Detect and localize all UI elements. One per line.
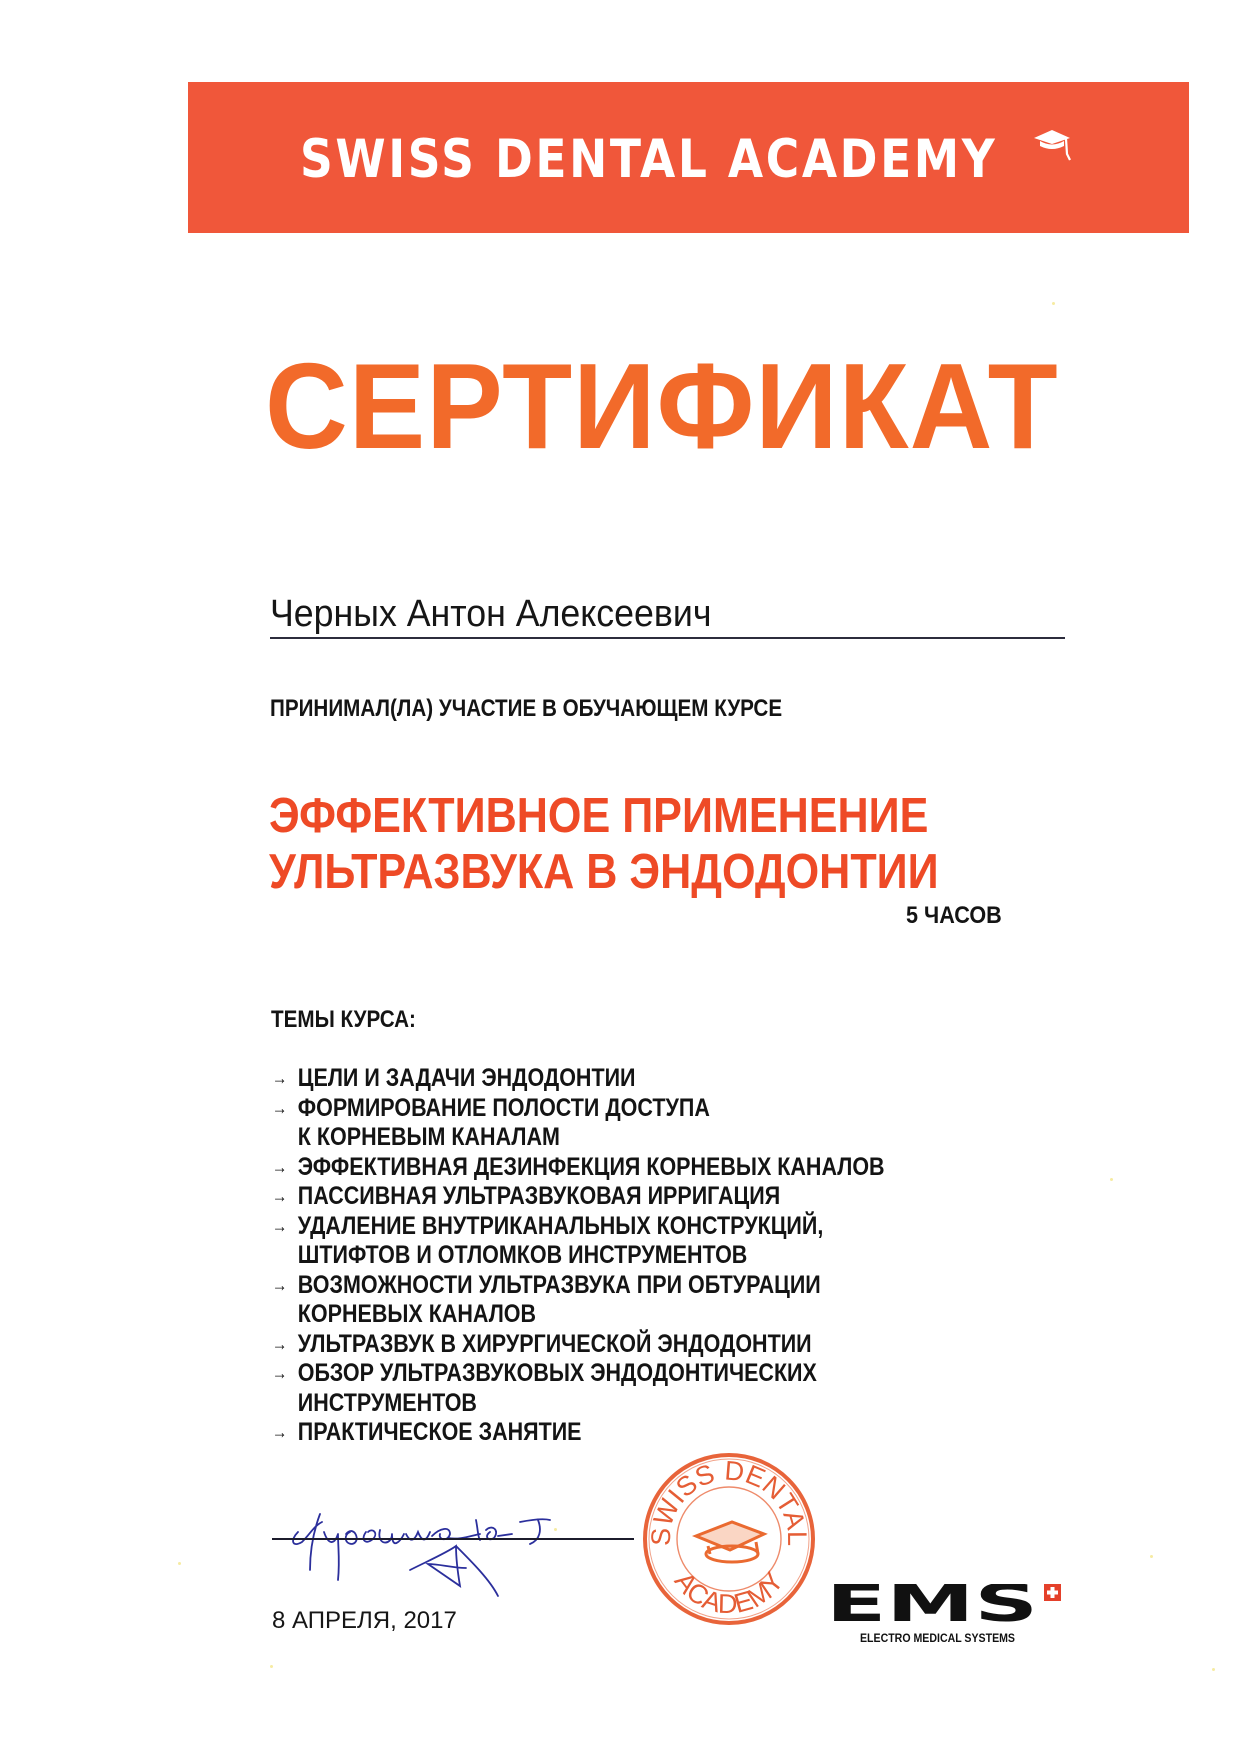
issue-date: 8 АПРЕЛЯ, 2017	[272, 1606, 457, 1636]
arrow-right-icon: →	[272, 1064, 298, 1094]
topic-item: →УДАЛЕНИЕ ВНУТРИКАНАЛЬНЫХ КОНСТРУКЦИЙ,	[272, 1212, 885, 1242]
ems-logo: EMS	[826, 1584, 1066, 1624]
scan-speck	[1110, 1178, 1113, 1181]
arrow-right-icon: →	[272, 1271, 298, 1301]
arrow-right-icon: →	[272, 1094, 298, 1124]
academy-name: SWISS DENTAL ACADEMY	[300, 128, 997, 192]
course-title: ЭФФЕКТИВНОЕ ПРИМЕНЕНИЕ УЛЬТРАЗВУКА В ЭНД…	[269, 788, 939, 900]
scan-speck	[1150, 1555, 1153, 1558]
topic-text: УДАЛЕНИЕ ВНУТРИКАНАЛЬНЫХ КОНСТРУКЦИЙ,	[298, 1212, 824, 1240]
arrow-right-icon: →	[272, 1418, 298, 1448]
topic-text: КОРНЕВЫХ КАНАЛОВ	[298, 1300, 536, 1328]
topic-text: ЭФФЕКТИВНАЯ ДЕЗИНФЕКЦИЯ КОРНЕВЫХ КАНАЛОВ	[298, 1153, 885, 1181]
academy-stamp: SWISS DENTAL ACADEMY	[640, 1450, 818, 1628]
topic-item: →ОБЗОР УЛЬТРАЗВУКОВЫХ ЭНДОДОНТИЧЕСКИХ	[272, 1359, 885, 1389]
ems-logo-text: EMS	[826, 1584, 1038, 1624]
topic-item-continuation: ШТИФТОВ И ОТЛОМКОВ ИНСТРУМЕНТОВ	[272, 1241, 885, 1271]
topic-text: ШТИФТОВ И ОТЛОМКОВ ИНСТРУМЕНТОВ	[298, 1241, 748, 1269]
course-title-line-1: ЭФФЕКТИВНОЕ ПРИМЕНЕНИЕ	[269, 788, 939, 844]
topic-text: УЛЬТРАЗВУК В ХИРУРГИЧЕСКОЙ ЭНДОДОНТИИ	[298, 1330, 812, 1358]
topic-item: →ПАССИВНАЯ УЛЬТРАЗВУКОВАЯ ИРРИГАЦИЯ	[272, 1182, 885, 1212]
ems-tagline: ELECTRO MEDICAL SYSTEMS	[860, 1632, 1015, 1646]
topic-item: →ЦЕЛИ И ЗАДАЧИ ЭНДОДОНТИИ	[272, 1064, 885, 1094]
arrow-right-icon: →	[272, 1359, 298, 1389]
topic-item: →ЭФФЕКТИВНАЯ ДЕЗИНФЕКЦИЯ КОРНЕВЫХ КАНАЛО…	[272, 1153, 885, 1183]
topic-text: ОБЗОР УЛЬТРАЗВУКОВЫХ ЭНДОДОНТИЧЕСКИХ	[298, 1359, 817, 1387]
topic-item-continuation: К КОРНЕВЫМ КАНАЛАМ	[272, 1123, 885, 1153]
arrow-right-icon: →	[272, 1330, 298, 1360]
scan-speck	[1212, 1668, 1215, 1671]
topic-item-continuation: ИНСТРУМЕНТОВ	[272, 1389, 885, 1419]
topic-text: ФОРМИРОВАНИЕ ПОЛОСТИ ДОСТУПА	[298, 1094, 710, 1122]
topic-item: →ПРАКТИЧЕСКОЕ ЗАНЯТИЕ	[272, 1418, 885, 1448]
course-hours: 5 ЧАСОВ	[906, 901, 1002, 931]
topic-item: →ФОРМИРОВАНИЕ ПОЛОСТИ ДОСТУПА	[272, 1094, 885, 1124]
topic-item: →ВОЗМОЖНОСТИ УЛЬТРАЗВУКА ПРИ ОБТУРАЦИИ	[272, 1271, 885, 1301]
topic-text: ПАССИВНАЯ УЛЬТРАЗВУКОВАЯ ИРРИГАЦИЯ	[298, 1182, 780, 1210]
recipient-underline	[270, 637, 1065, 639]
participation-text: ПРИНИМАЛ(ЛА) УЧАСТИЕ В ОБУЧАЮЩЕМ КУРСЕ	[270, 694, 782, 724]
topic-text: ИНСТРУМЕНТОВ	[298, 1389, 477, 1417]
recipient-name: Черных Антон Алексеевич	[270, 592, 711, 636]
topic-text: ПРАКТИЧЕСКОЕ ЗАНЯТИЕ	[298, 1418, 582, 1446]
topic-item: →УЛЬТРАЗВУК В ХИРУРГИЧЕСКОЙ ЭНДОДОНТИИ	[272, 1330, 885, 1360]
signature-line	[272, 1538, 634, 1540]
certificate-title: СЕРТИФИКАТ	[265, 344, 1059, 468]
scan-speck	[178, 1562, 181, 1565]
topics-list: →ЦЕЛИ И ЗАДАЧИ ЭНДОДОНТИИ→ФОРМИРОВАНИЕ П…	[272, 1064, 984, 1448]
scan-speck	[270, 1665, 273, 1668]
topic-text: К КОРНЕВЫМ КАНАЛАМ	[298, 1123, 560, 1151]
arrow-right-icon: →	[272, 1212, 298, 1242]
topics-heading: ТЕМЫ КУРСА:	[271, 1005, 416, 1035]
arrow-right-icon: →	[272, 1182, 298, 1212]
scan-speck	[1052, 302, 1055, 305]
topic-text: ВОЗМОЖНОСТИ УЛЬТРАЗВУКА ПРИ ОБТУРАЦИИ	[298, 1271, 821, 1299]
topic-item-continuation: КОРНЕВЫХ КАНАЛОВ	[272, 1300, 885, 1330]
scan-speck	[554, 1528, 557, 1531]
course-title-line-2: УЛЬТРАЗВУКА В ЭНДОДОНТИИ	[269, 844, 939, 900]
stamp-cap-icon	[696, 1522, 764, 1562]
signature	[280, 1490, 660, 1600]
graduation-cap-icon	[1032, 126, 1076, 166]
arrow-right-icon: →	[272, 1153, 298, 1183]
topic-text: ЦЕЛИ И ЗАДАЧИ ЭНДОДОНТИИ	[298, 1064, 636, 1092]
